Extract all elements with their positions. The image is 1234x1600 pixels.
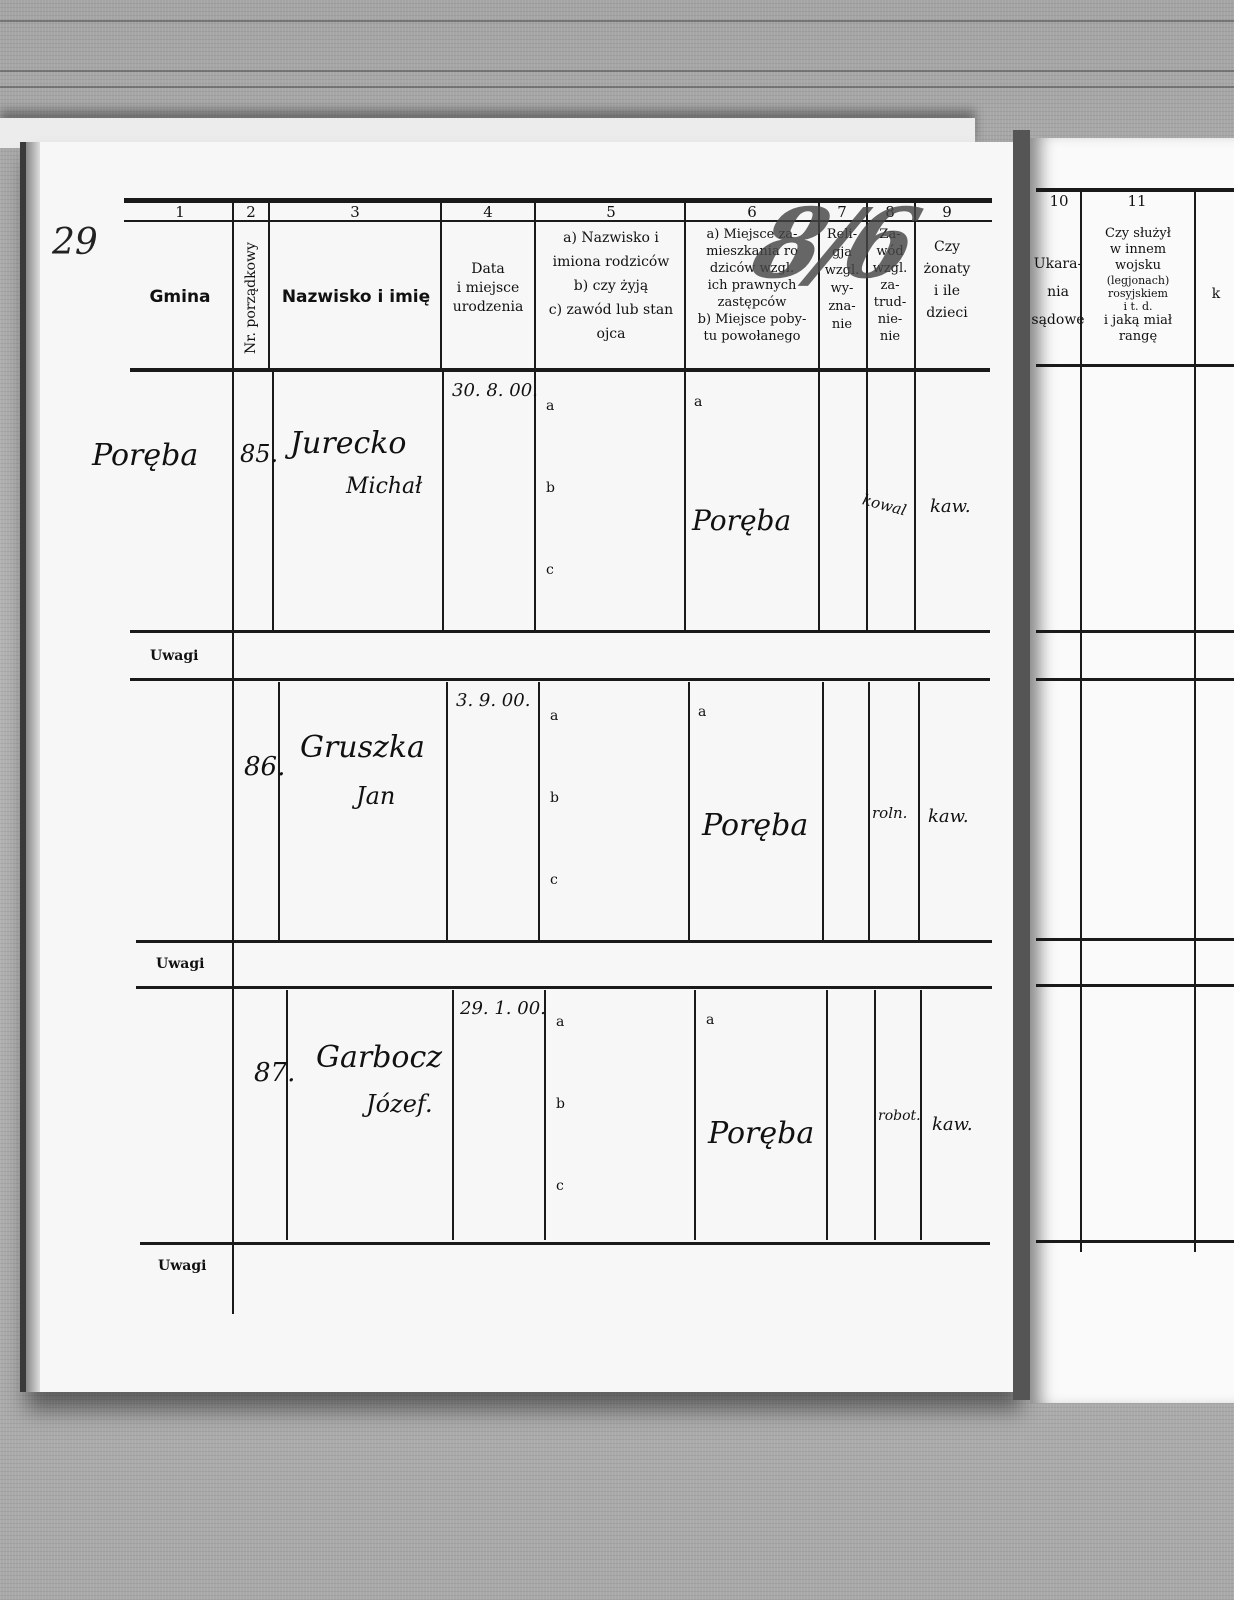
header-col-12-partial: k	[1198, 286, 1234, 302]
col-divider	[442, 372, 444, 630]
sub-label-a: a	[694, 394, 702, 410]
background-line	[0, 20, 1234, 22]
sub-label-a: a	[698, 704, 706, 720]
marital-cell: kaw.	[930, 496, 971, 517]
col-divider	[684, 372, 686, 630]
remarks-label: Uwagi	[150, 648, 198, 664]
header-nr-porzadkowy: Nr. porządkowy	[234, 228, 268, 368]
col-divider	[1194, 192, 1196, 1252]
surname-cell: Gruszka	[300, 730, 425, 765]
sub-label-b: b	[550, 790, 559, 806]
header-zonaty: Czyżonatyi iledzieci	[914, 236, 980, 324]
row-divider	[1036, 678, 1234, 681]
sub-label-b: b	[556, 1096, 565, 1112]
col-divider	[268, 202, 270, 370]
col-number-4: 4	[440, 203, 536, 221]
row-divider	[136, 940, 992, 943]
residence-cell: Poręba	[702, 808, 808, 843]
sub-label-c: c	[556, 1178, 564, 1194]
birth-date-cell: 30. 8. 00.	[452, 380, 538, 401]
surname-cell: Jurecko	[290, 426, 406, 461]
col-divider	[918, 682, 920, 940]
occupation-cell: roln.	[872, 804, 907, 822]
row-divider	[130, 630, 990, 633]
book-gutter	[1013, 130, 1030, 1400]
residence-cell: Poręba	[692, 504, 791, 537]
gmina-cell: Poręba	[92, 438, 198, 473]
row-divider	[130, 678, 990, 681]
col-divider	[822, 682, 824, 940]
given-name-cell: Józef.	[366, 1090, 433, 1118]
header-sluzba-wojskowa: Czy służyłw innemwojsku (legjonach) rosy…	[1082, 226, 1194, 345]
header-nazwisko-imie: Nazwisko i imię	[272, 288, 440, 307]
residence-cell: Poręba	[708, 1116, 814, 1151]
sub-label-c: c	[546, 562, 554, 578]
col-divider	[914, 372, 916, 630]
page-number: 29	[52, 222, 98, 263]
occupation-cell: robot.	[878, 1108, 921, 1124]
sub-label-a: a	[556, 1014, 564, 1030]
col-divider	[868, 682, 870, 940]
row-divider	[1036, 938, 1234, 941]
col-divider	[874, 990, 876, 1240]
sub-label-a: a	[550, 708, 558, 724]
sub-label-b: b	[546, 480, 555, 496]
background-line	[0, 70, 1234, 72]
row-divider	[140, 1242, 990, 1245]
col-divider	[440, 202, 442, 370]
col-divider	[688, 682, 690, 940]
col-divider	[694, 990, 696, 1240]
background-line	[0, 86, 1234, 88]
col-divider	[544, 990, 546, 1240]
col-number-2: 2	[234, 203, 268, 221]
col-divider	[534, 202, 536, 370]
nr-cell: 86.	[244, 752, 285, 782]
header-gmina: Gmina	[130, 288, 230, 307]
birth-date-cell: 29. 1. 00.	[460, 998, 546, 1019]
remarks-label: Uwagi	[156, 956, 204, 972]
row-divider	[1036, 630, 1234, 633]
header-bottom-rule	[130, 368, 990, 372]
col-divider	[232, 202, 234, 1314]
col-divider	[1080, 192, 1082, 1252]
birth-date-cell: 3. 9. 00.	[456, 690, 530, 711]
col-divider	[534, 372, 536, 630]
row-divider	[136, 986, 992, 989]
header-data-urodzenia: Datai miejsceurodzenia	[440, 260, 536, 317]
col-divider	[272, 372, 274, 630]
sub-label-a: a	[706, 1012, 714, 1028]
col-divider	[538, 682, 540, 940]
header-ukarania: Ukara-niasądowe	[1030, 250, 1086, 334]
col-number-11: 11	[1082, 192, 1192, 210]
header-rodzice: a) Nazwisko iimiona rodzicówb) czy żyjąc…	[536, 226, 686, 346]
col-divider	[452, 990, 454, 1240]
col-number-5: 5	[536, 203, 686, 221]
row-divider	[1036, 984, 1234, 987]
given-name-cell: Michał	[346, 474, 422, 499]
marital-cell: kaw.	[928, 806, 969, 827]
row-divider	[1036, 1240, 1234, 1243]
col-number-3: 3	[270, 203, 440, 221]
nr-cell: 87.	[254, 1058, 295, 1088]
col-divider	[286, 990, 288, 1240]
stamp-mark: 8/6	[742, 196, 924, 292]
col-number-9: 9	[914, 203, 980, 221]
col-number-10: 10	[1036, 192, 1082, 210]
sub-label-a: a	[546, 398, 554, 414]
col-number-1: 1	[130, 203, 230, 221]
surname-cell: Garbocz	[316, 1040, 442, 1075]
sub-label-c: c	[550, 872, 558, 888]
col-divider	[278, 682, 280, 940]
col-divider	[446, 682, 448, 940]
marital-cell: kaw.	[932, 1114, 973, 1135]
nr-cell: 85.	[240, 440, 278, 468]
given-name-cell: Jan	[356, 782, 395, 810]
remarks-label: Uwagi	[158, 1258, 206, 1274]
right-header-bottom-rule	[1036, 364, 1234, 367]
col-divider	[818, 372, 820, 630]
col-divider	[826, 990, 828, 1240]
col-divider	[684, 202, 686, 370]
